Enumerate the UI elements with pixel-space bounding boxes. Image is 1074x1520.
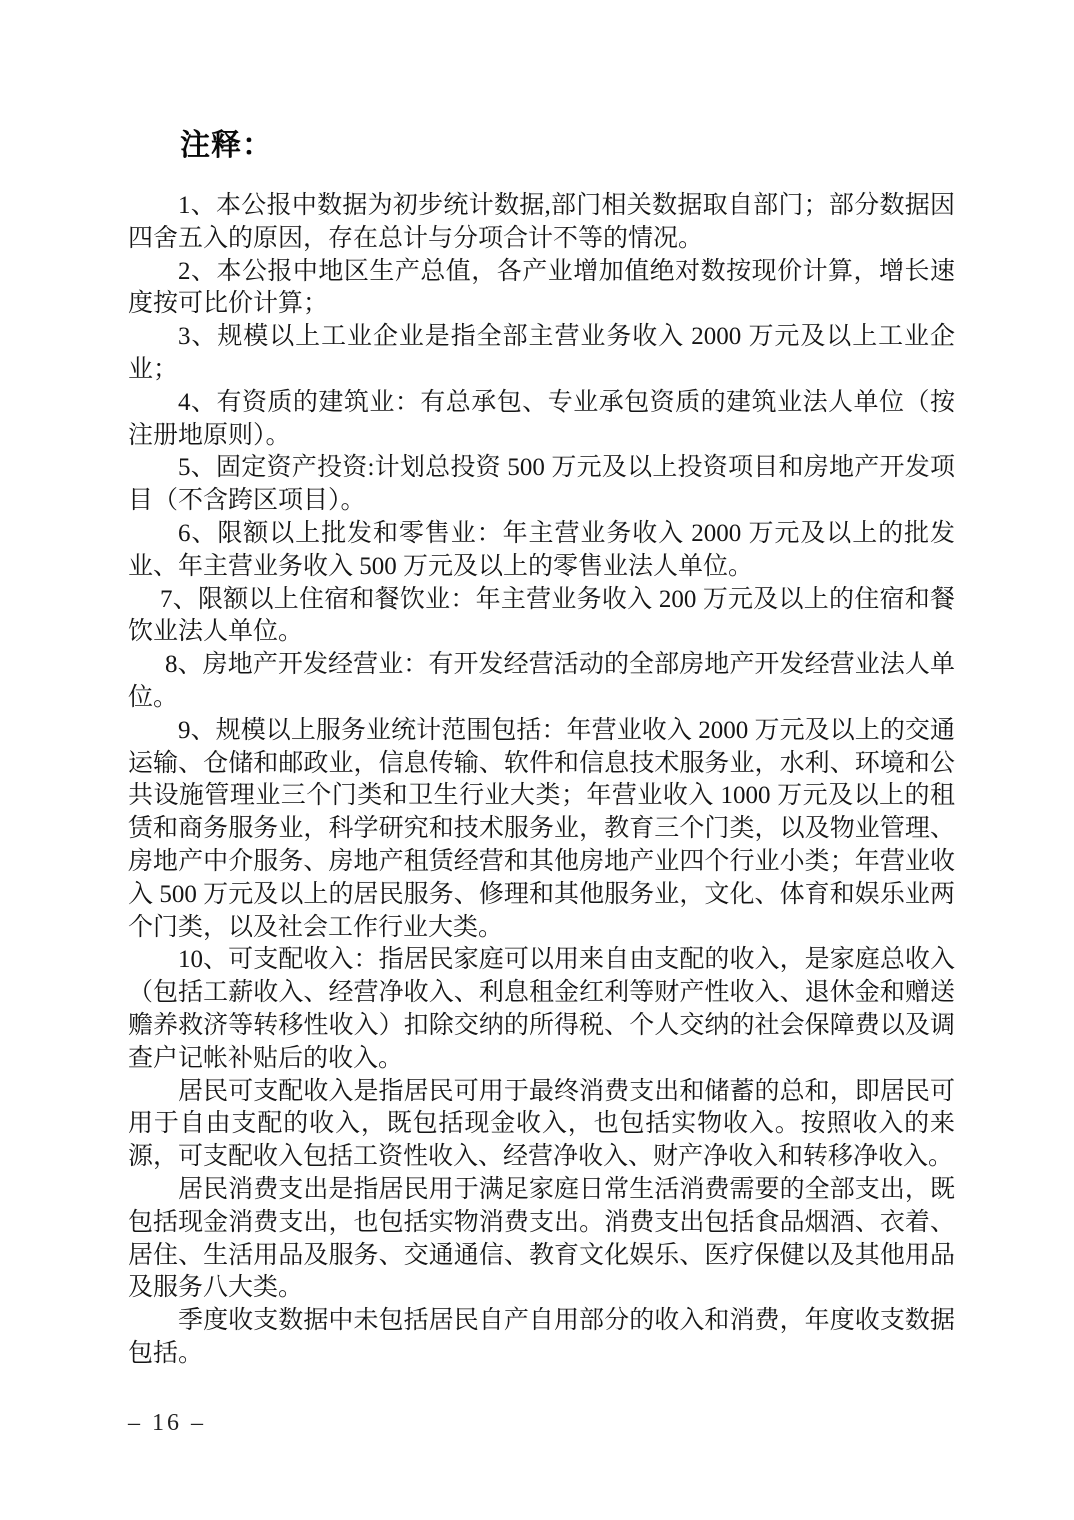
note-paragraph-2: 2、本公报中地区生产总值，各产业增加值绝对数按现价计算，增长速度按可比价计算；: [128, 256, 955, 322]
note-paragraph-6: 6、限额以上批发和零售业：年主营业务收入 2000 万元及以上的批发业、年主营业…: [128, 518, 955, 584]
note-paragraph-7: 7、限额以上住宿和餐饮业：年主营业务收入 200 万元及以上的住宿和餐饮业法人单…: [128, 584, 955, 650]
note-paragraph-9: 9、规模以上服务业统计范围包括：年营业收入 2000 万元及以上的交通运输、仓储…: [128, 715, 955, 945]
note-paragraph-11: 居民可支配收入是指居民可用于最终消费支出和储蓄的总和，即居民可用于自由支配的收入…: [128, 1076, 955, 1174]
note-paragraph-13: 季度收支数据中未包括居民自产自用部分的收入和消费，年度收支数据包括。: [128, 1305, 955, 1371]
note-paragraph-3: 3、规模以上工业企业是指全部主营业务收入 2000 万元及以上工业企业；: [128, 321, 955, 387]
document-page: 注释： 1、本公报中数据为初步统计数据,部门相关数据取自部门；部分数据因四舍五入…: [0, 0, 1074, 1520]
note-paragraph-5: 5、固定资产投资:计划总投资 500 万元及以上投资项目和房地产开发项目（不含跨…: [128, 452, 955, 518]
note-paragraph-10: 10、可支配收入：指居民家庭可以用来自由支配的收入，是家庭总收入（包括工薪收入、…: [128, 944, 955, 1075]
note-paragraph-8: 8、房地产开发经营业：有开发经营活动的全部房地产开发经营业法人单位。: [128, 649, 955, 715]
note-paragraph-1: 1、本公报中数据为初步统计数据,部门相关数据取自部门；部分数据因四舍五入的原因，…: [128, 190, 955, 256]
page-number: – 16 –: [128, 1410, 206, 1436]
page-title: 注释：: [180, 128, 955, 164]
note-paragraph-4: 4、有资质的建筑业：有总承包、专业承包资质的建筑业法人单位（按注册地原则）。: [128, 387, 955, 453]
note-paragraph-12: 居民消费支出是指居民用于满足家庭日常生活消费需要的全部支出，既包括现金消费支出，…: [128, 1174, 955, 1305]
